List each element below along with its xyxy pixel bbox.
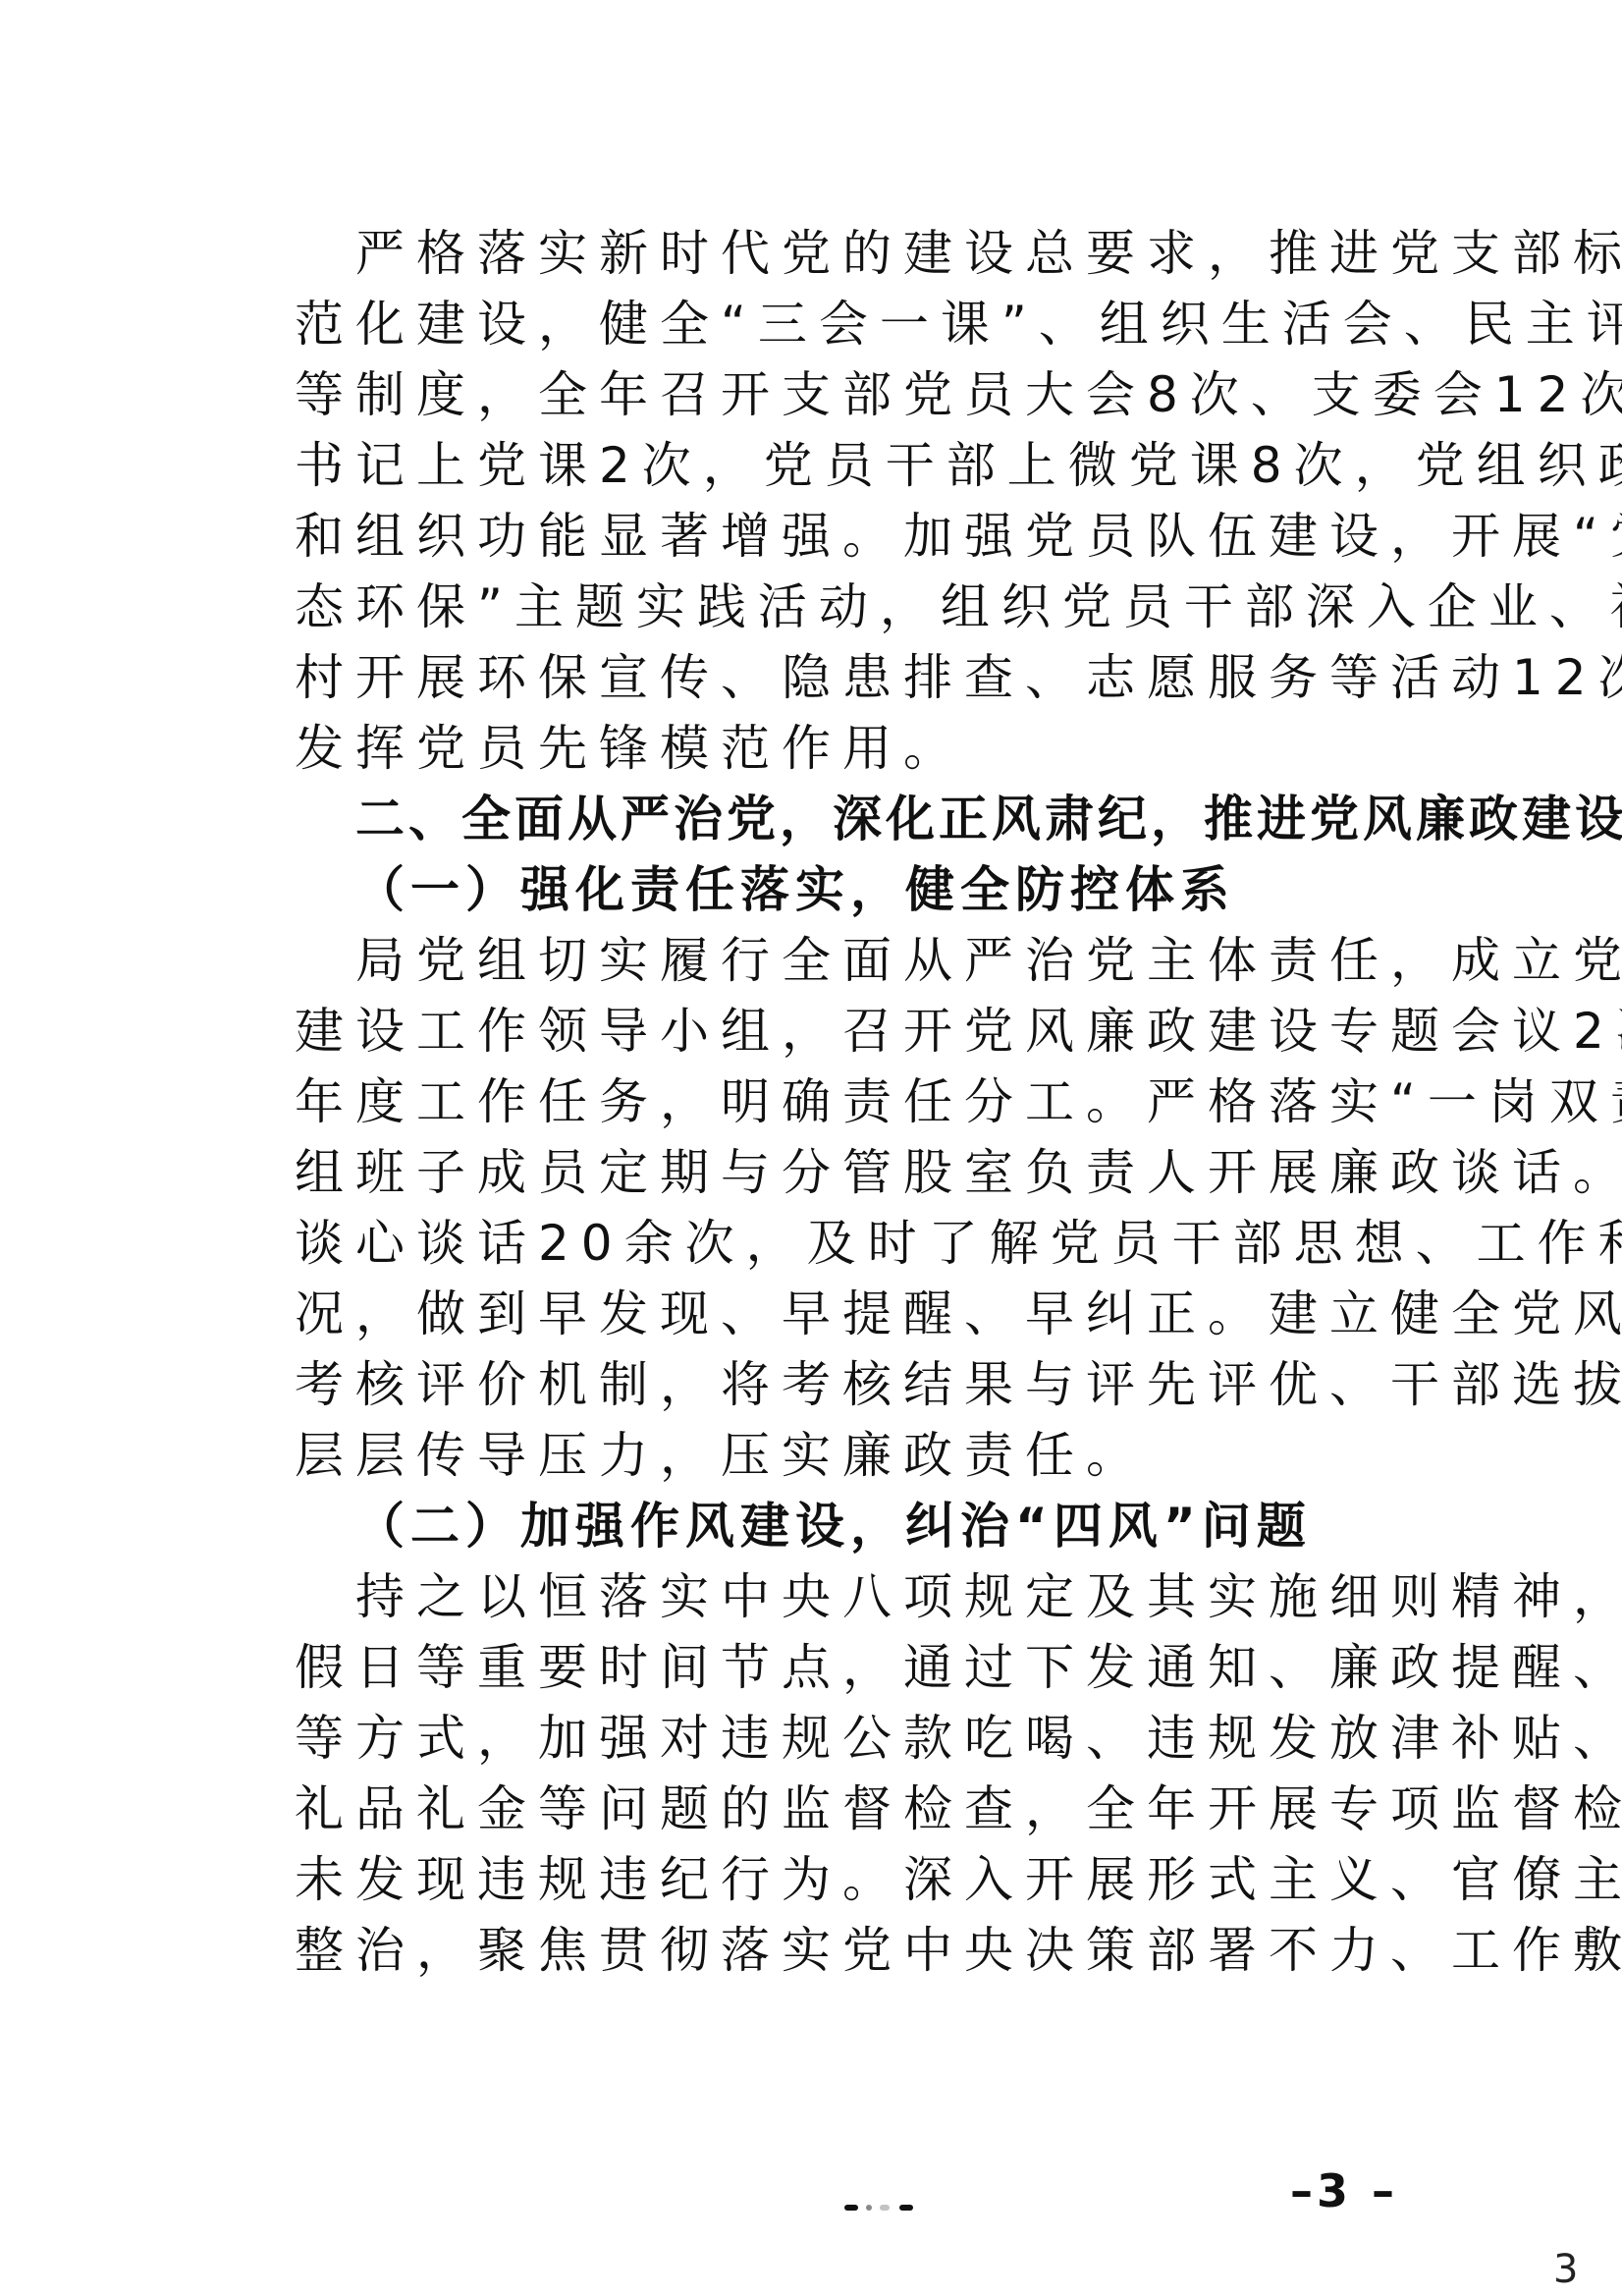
text-line: 礼品礼金等问题的监督检查，全年开展专项监督检查4次，	[295, 1774, 1384, 1844]
page-number: –3 –	[1290, 2164, 1398, 2217]
text-line: 层层传导压力，压实廉政责任。	[295, 1420, 1384, 1491]
paragraph-responsibility: 局党组切实履行全面从严治党主体责任，成立党风廉政 建设工作领导小组，召开党风廉政…	[295, 925, 1384, 1491]
text-line: 发挥党员先锋模范作用。	[295, 713, 1384, 784]
text-line: 考核评价机制，将考核结果与评先评优、干部选拔任用挂钩，	[295, 1349, 1384, 1420]
text-line: 态环保”主题实践活动，组织党员干部深入企业、社区、乡	[295, 572, 1384, 642]
text-line: 假日等重要时间节点，通过下发通知、廉政提醒、明察暗访	[295, 1632, 1384, 1703]
document-page: 严格落实新时代党的建设总要求，推进党支部标准化规 范化建设，健全“三会一课”、组…	[0, 0, 1622, 2296]
paragraph-work-style: 持之以恒落实中央八项规定及其实施细则精神，紧盯节 假日等重要时间节点，通过下发通…	[295, 1561, 1384, 1986]
text-line: 年度工作任务，明确责任分工。严格落实“一岗双责”，党	[295, 1066, 1384, 1137]
text-line: 组班子成员定期与分管股室负责人开展廉政谈话。全年开展	[295, 1137, 1384, 1208]
text-line: 等方式，加强对违规公款吃喝、违规发放津补贴、违规收送	[295, 1703, 1384, 1774]
subsection-heading: （二）加强作风建设，纠治“四风”问题	[295, 1491, 1384, 1561]
scan-artifact-mark	[844, 2203, 913, 2213]
text-line: 等制度，全年召开支部党员大会8次、支委会12次，党组	[295, 359, 1384, 430]
scan-page-index: 3	[1553, 2247, 1578, 2292]
section-heading: 二、全面从严治党，深化正风肃纪，推进党风廉政建设	[295, 784, 1384, 854]
text-line: 和组织功能显著增强。加强党员队伍建设，开展“党建+生	[295, 501, 1384, 572]
text-line: 未发现违规违纪行为。深入开展形式主义、官僚主义等专项	[295, 1844, 1384, 1915]
subsection-heading: （一）强化责任落实，健全防控体系	[295, 854, 1384, 925]
text-line: 况，做到早发现、早提醒、早纠正。建立健全党风廉政建设	[295, 1279, 1384, 1349]
text-line: 严格落实新时代党的建设总要求，推进党支部标准化规	[295, 218, 1384, 289]
text-line: 村开展环保宣传、隐患排查、志愿服务等活动12次，充分	[295, 642, 1384, 713]
text-line: 书记上党课2次，党员干部上微党课8次，党组织政治功能	[295, 430, 1384, 501]
paragraph-party-building: 严格落实新时代党的建设总要求，推进党支部标准化规 范化建设，健全“三会一课”、组…	[295, 218, 1384, 784]
text-line: 谈心谈话20余次，及时了解党员干部思想、工作和生活情	[295, 1208, 1384, 1279]
text-line: 范化建设，健全“三会一课”、组织生活会、民主评议党员	[295, 289, 1384, 359]
document-body: 严格落实新时代党的建设总要求，推进党支部标准化规 范化建设，健全“三会一课”、组…	[295, 218, 1384, 1986]
text-line: 局党组切实履行全面从严治党主体责任，成立党风廉政	[295, 925, 1384, 996]
text-line: 建设工作领导小组，召开党风廉政建设专题会议2次，部署	[295, 996, 1384, 1066]
text-line: 整治，聚焦贯彻落实党中央决策部署不力、工作敷衍塞责、	[295, 1915, 1384, 1986]
text-line: 持之以恒落实中央八项规定及其实施细则精神，紧盯节	[295, 1561, 1384, 1632]
